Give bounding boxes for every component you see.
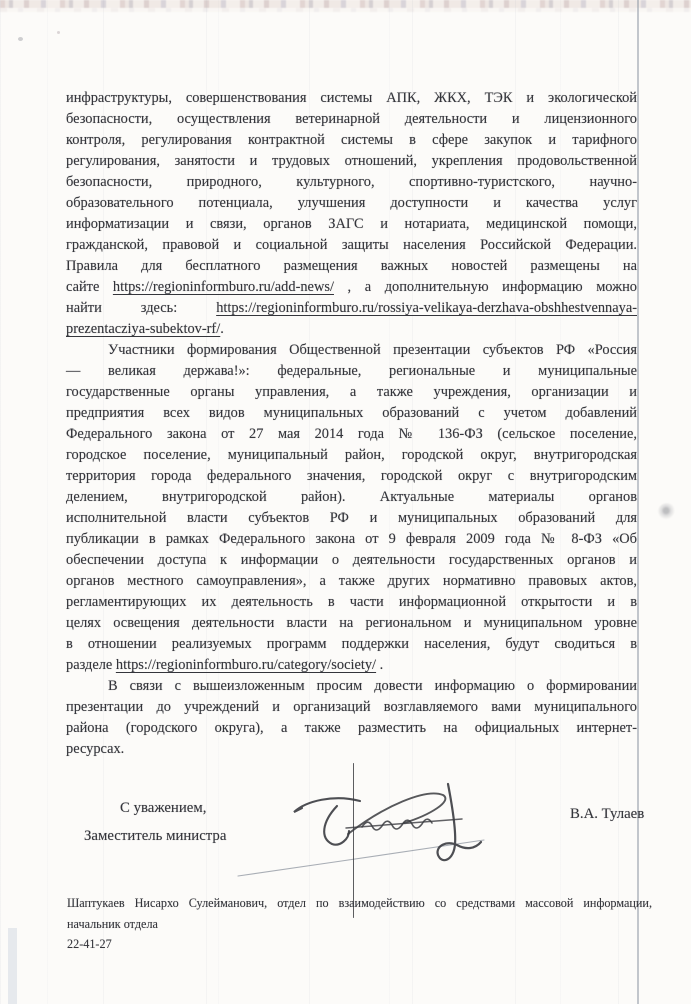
text-line: государственные органы управления, а так… — [66, 382, 637, 403]
text-segment: информатизации и связи, органов ЗАГС и н… — [66, 216, 637, 232]
text-segment: Участники формирования Общественной през… — [108, 342, 637, 358]
text-line: безопасности, природного, культурного, с… — [66, 172, 637, 193]
text-line: презентации до учреждений и организаций … — [66, 697, 637, 718]
signer-name: В.А. Тулаев — [570, 806, 644, 823]
text-line: исполнительной власти субъектов РФ и мун… — [66, 508, 637, 529]
text-segment: сайте — [66, 279, 113, 295]
text-segment: обеспечении доступа к информации о деяте… — [66, 552, 637, 568]
paragraph: инфраструктуры, совершенствования систем… — [66, 88, 637, 340]
text-line: предприятия всех видов муниципальных обр… — [66, 403, 637, 424]
link-text: https://regioninformburo.ru/rossiya-veli… — [216, 300, 637, 316]
text-line: городское поселение, муниципальный район… — [66, 445, 637, 466]
text-segment: органов местного самоуправления», а такж… — [66, 573, 637, 589]
text-segment: безопасности, осуществления ветеринарной… — [66, 111, 637, 127]
text-line: района (городского округа), а также разм… — [66, 718, 637, 739]
scan-noise-strip-secondary — [0, 8, 691, 12]
signer-title: Заместитель министра — [84, 823, 226, 851]
text-line: разделе https://regioninformburo.ru/cate… — [66, 655, 637, 676]
text-segment: В связи с вышеизложенным просим довести … — [108, 678, 637, 694]
text-line: Федерального закона от 27 мая 2014 года … — [66, 424, 637, 445]
text-line: гражданской, правовой и социальной защит… — [66, 235, 637, 256]
text-segment: безопасности, природного, культурного, с… — [66, 174, 637, 190]
paragraph: Участники формирования Общественной през… — [66, 340, 637, 676]
text-line: найти здесь: https://regioninformburo.ru… — [66, 298, 637, 319]
scan-shadow-strip — [8, 928, 17, 1004]
signature-stroke-loop — [348, 793, 445, 834]
text-segment: контроля, регулирования контрактной сист… — [66, 132, 637, 148]
text-line: ресурсах. — [66, 739, 637, 760]
text-segment: гражданской, правовой и социальной защит… — [66, 237, 637, 253]
text-line: регламентирующих их деятельность в части… — [66, 592, 637, 613]
link-text: https://regioninformburo.ru/category/soc… — [116, 657, 376, 673]
signature-underline-sweep — [238, 840, 484, 876]
text-line: безопасности, осуществления ветеринарной… — [66, 109, 637, 130]
signature-block: С уважением, Заместитель министра — [84, 795, 226, 850]
handwritten-signature — [236, 770, 516, 890]
text-segment: Федерального закона от 27 мая 2014 года … — [66, 426, 637, 442]
text-line: целях освещения деятельности власти на р… — [66, 613, 637, 634]
scan-noise-strip — [0, 0, 691, 8]
text-segment: инфраструктуры, совершенствования систем… — [66, 90, 637, 106]
text-line: В связи с вышеизложенным просим довести … — [66, 676, 637, 697]
text-line: сайте https://regioninformburo.ru/add-ne… — [66, 277, 637, 298]
text-line: — великая держава!»: федеральные, регион… — [66, 361, 637, 382]
text-line: контроля, регулирования контрактной сист… — [66, 130, 637, 151]
text-segment: Правила для бесплатного размещения важны… — [66, 258, 637, 274]
scanned-letter-page: инфраструктуры, совершенствования систем… — [0, 0, 691, 1004]
signature-stroke-tbar — [294, 798, 360, 812]
text-segment: района (городского округа), а также разм… — [66, 720, 637, 736]
text-segment: в отношении реализуемых программ поддерж… — [66, 636, 637, 652]
text-segment: найти здесь: — [66, 300, 216, 316]
text-line: делением, внутригородской район). Актуал… — [66, 487, 637, 508]
text-segment: территория города федерального значения,… — [66, 468, 637, 484]
text-line: в отношении реализуемых программ поддерж… — [66, 634, 637, 655]
text-segment: ресурсах. — [66, 741, 124, 757]
text-line: обеспечении доступа к информации о деяте… — [66, 550, 637, 571]
dust-speck — [57, 31, 60, 34]
text-segment: . — [376, 657, 383, 673]
text-segment: — великая держава!»: федеральные, регион… — [66, 363, 637, 379]
link-text: prezentacziya-subektov-rf/ — [66, 321, 220, 337]
text-line: органов местного самоуправления», а такж… — [66, 571, 637, 592]
text-segment: , а дополнительную информацию можно — [334, 279, 637, 295]
executor-position: начальник отдела — [67, 914, 652, 935]
closing-salutation: С уважением, — [84, 795, 226, 823]
text-segment: образовательного потенциала, улучшения д… — [66, 195, 637, 211]
scan-edge-line — [637, 0, 639, 1004]
executor-footer: Шаптукаев Нисархо Сулейманович, отдел по… — [67, 893, 652, 955]
text-line: Участники формирования Общественной през… — [66, 340, 637, 361]
text-line: инфраструктуры, совершенствования систем… — [66, 88, 637, 109]
text-line: публикации в рамках Федерального закона … — [66, 529, 637, 550]
text-line: информатизации и связи, органов ЗАГС и н… — [66, 214, 637, 235]
text-segment: . — [220, 321, 224, 337]
text-segment: государственные органы управления, а так… — [66, 384, 637, 400]
text-segment: исполнительной власти субъектов РФ и мун… — [66, 510, 637, 526]
text-line: образовательного потенциала, улучшения д… — [66, 193, 637, 214]
text-segment: регулирования, занятости и трудовых отно… — [66, 153, 637, 169]
text-segment: предприятия всех видов муниципальных обр… — [66, 405, 637, 421]
text-segment: городское поселение, муниципальный район… — [66, 447, 637, 463]
signature-stroke-stem — [324, 806, 349, 845]
text-segment: публикации в рамках Федерального закона … — [66, 531, 637, 547]
paragraph: В связи с вышеизложенным просим довести … — [66, 676, 637, 760]
text-segment: целях освещения деятельности власти на р… — [66, 615, 637, 631]
executor-contact-line: Шаптукаев Нисархо Сулейманович, отдел по… — [67, 893, 652, 914]
text-line: регулирования, занятости и трудовых отно… — [66, 151, 637, 172]
executor-phone: 22-41-27 — [67, 934, 652, 955]
text-segment: разделе — [66, 657, 116, 673]
text-segment: презентации до учреждений и организаций … — [66, 699, 637, 715]
text-line: территория города федерального значения,… — [66, 466, 637, 487]
text-line: Правила для бесплатного размещения важны… — [66, 256, 637, 277]
text-line: prezentacziya-subektov-rf/. — [66, 319, 637, 340]
text-segment: регламентирующих их деятельность в части… — [66, 594, 637, 610]
smudge-artifact — [658, 503, 676, 520]
letter-body: инфраструктуры, совершенствования систем… — [66, 88, 637, 760]
dust-speck — [18, 37, 23, 41]
link-text: https://regioninformburo.ru/add-news/ — [113, 279, 334, 295]
text-segment: делением, внутригородской район). Актуал… — [66, 489, 637, 505]
